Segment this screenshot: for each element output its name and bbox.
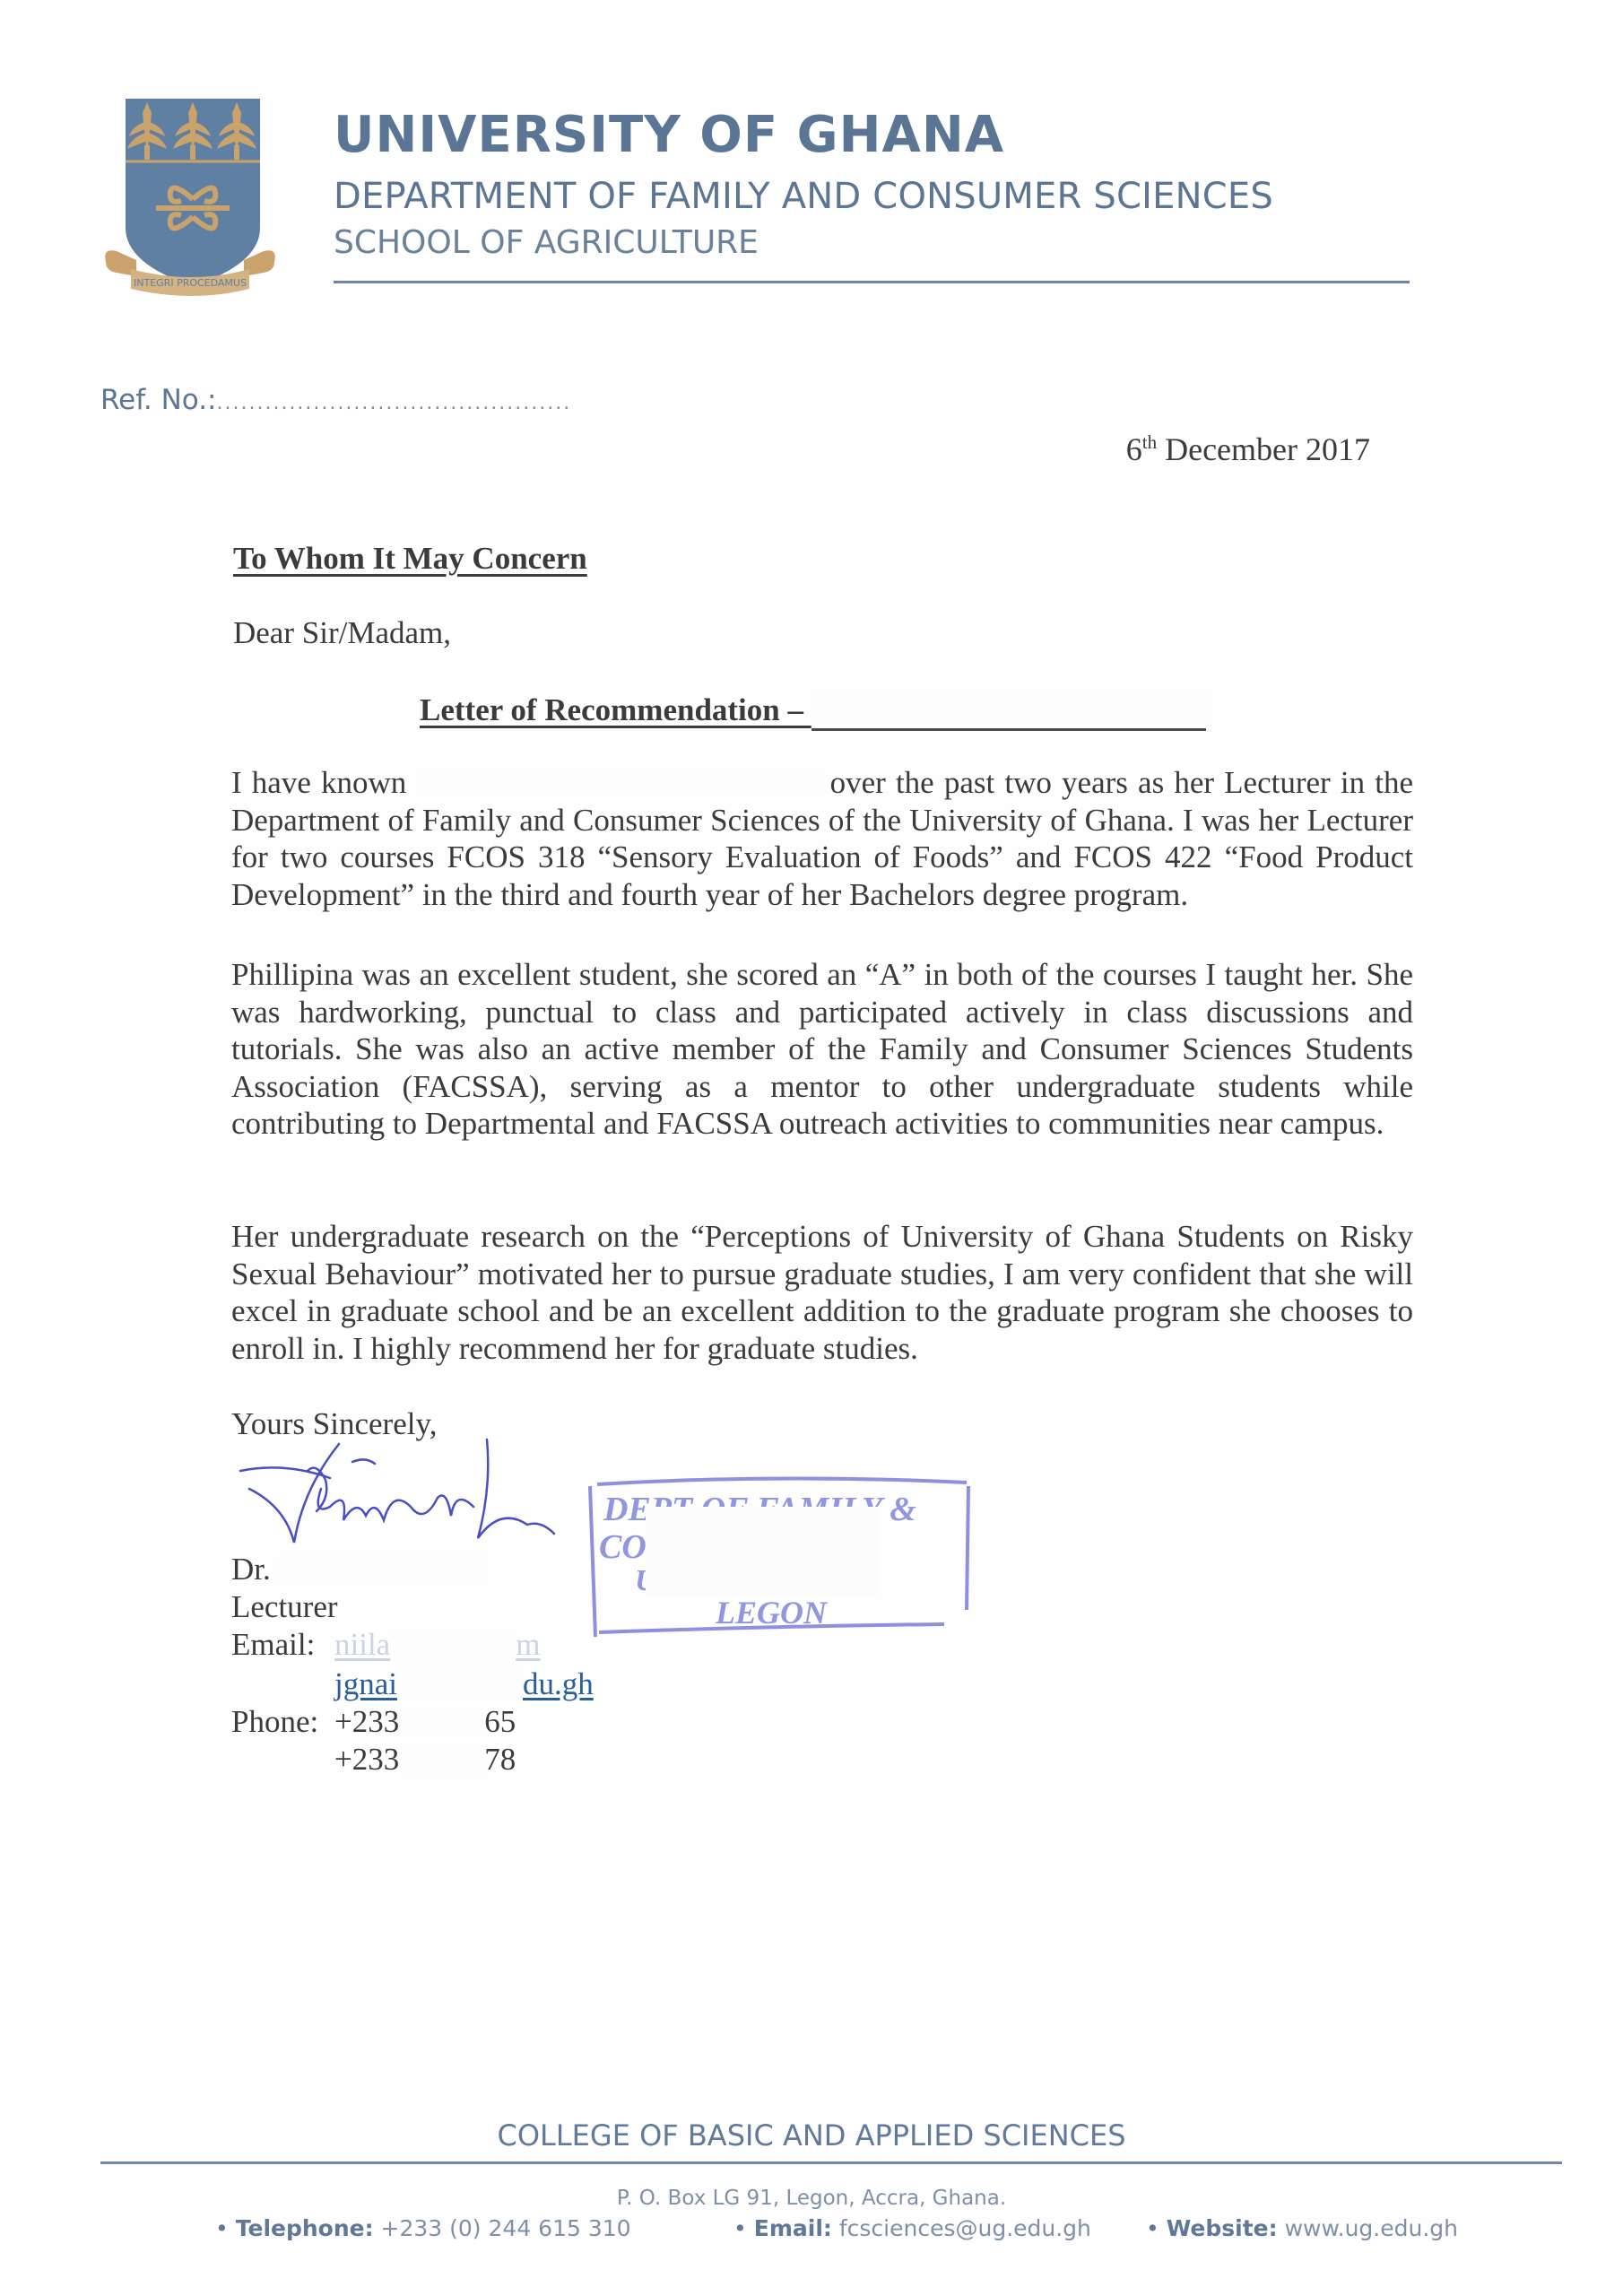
telephone-label: Telephone: bbox=[236, 2215, 374, 2241]
website-label: Website: bbox=[1167, 2215, 1278, 2241]
footer-email-value[interactable]: fcsciences@ug.edu.gh bbox=[832, 2215, 1091, 2241]
date-day: 6 bbox=[1126, 431, 1142, 467]
reference-number: Ref. No.:...............................… bbox=[100, 384, 571, 416]
signatory-phone-1: Phone:+23365 bbox=[231, 1704, 516, 1740]
email-1-link[interactable]: niilam bbox=[334, 1627, 540, 1662]
signatory-phone-2: +23378 bbox=[334, 1742, 516, 1778]
stamp-redaction bbox=[646, 1507, 879, 1595]
phone-1-start: +233 bbox=[334, 1704, 399, 1739]
paragraph-1-start: I have known bbox=[231, 765, 416, 800]
footer-divider bbox=[100, 2161, 1562, 2164]
redacted-signatory-name bbox=[279, 1556, 485, 1583]
paragraph-2: Phillipina was an excellent student, she… bbox=[231, 956, 1413, 1143]
addressee: To Whom It May Concern bbox=[233, 541, 587, 577]
ref-value: ........................................… bbox=[217, 392, 572, 414]
footer-email: •Email: fcsciences@ug.edu.gh bbox=[733, 2215, 1091, 2241]
paragraph-1: I have known over the past two years as … bbox=[231, 764, 1413, 913]
phone-1-end: 65 bbox=[484, 1704, 516, 1739]
telephone-value: +233 (0) 244 615 310 bbox=[374, 2215, 631, 2241]
name-prefix: Dr. bbox=[231, 1552, 279, 1587]
signatory-email-2: jgnaidu.gh bbox=[334, 1666, 594, 1702]
email-label: Email: bbox=[754, 2215, 832, 2241]
institution-name: UNIVERSITY OF GHANA bbox=[334, 106, 1004, 164]
bullet-icon: • bbox=[733, 2215, 747, 2241]
ref-label: Ref. No.: bbox=[100, 384, 217, 416]
signatory-email-1: Email:niilam bbox=[231, 1627, 540, 1663]
letter-page: INTEGRI PROCEDAMUS UNIVERSITY OF GHANA D… bbox=[0, 0, 1623, 2296]
greeting: Dear Sir/Madam, bbox=[233, 615, 451, 651]
footer-address: P. O. Box LG 91, Legon, Accra, Ghana. bbox=[0, 2187, 1623, 2210]
university-crest-icon: INTEGRI PROCEDAMUS bbox=[100, 93, 280, 300]
redacted-student-name-inline bbox=[416, 770, 820, 796]
redacted-phone-1 bbox=[399, 1709, 484, 1735]
signature-icon bbox=[231, 1435, 572, 1570]
signatory-name: Dr. bbox=[231, 1552, 485, 1587]
redacted-student-name bbox=[811, 692, 1206, 731]
footer-telephone: •Telephone: +233 (0) 244 615 310 bbox=[215, 2215, 631, 2241]
redacted-phone-2 bbox=[399, 1746, 484, 1773]
subject-prefix: Letter of Recommendation – bbox=[420, 692, 811, 727]
letter-date: 6th December 2017 bbox=[1126, 430, 1370, 468]
footer-website: •Website: www.ug.edu.gh bbox=[1146, 2215, 1458, 2241]
bullet-icon: • bbox=[1146, 2215, 1159, 2241]
department-name: DEPARTMENT OF FAMILY AND CONSUMER SCIENC… bbox=[334, 176, 1273, 217]
signatory-title: Lecturer bbox=[231, 1589, 338, 1625]
phone-2-start: +233 bbox=[334, 1742, 399, 1777]
phone-2-end: 78 bbox=[484, 1742, 516, 1777]
date-rest: December 2017 bbox=[1157, 431, 1370, 467]
bullet-icon: • bbox=[215, 2215, 229, 2241]
subject-line: Letter of Recommendation – bbox=[420, 692, 1206, 731]
header-divider bbox=[334, 281, 1410, 283]
date-suffix: th bbox=[1142, 431, 1157, 453]
email-2-link[interactable]: jgnaidu.gh bbox=[334, 1666, 594, 1701]
footer-college: COLLEGE OF BASIC AND APPLIED SCIENCES bbox=[0, 2118, 1623, 2152]
school-name: SCHOOL OF AGRICULTURE bbox=[334, 224, 759, 261]
svg-text:INTEGRI PROCEDAMUS: INTEGRI PROCEDAMUS bbox=[134, 277, 247, 289]
paragraph-3: Her undergraduate research on the “Perce… bbox=[231, 1218, 1413, 1367]
stamp-line-4: LEGON bbox=[715, 1595, 829, 1631]
footer-website-value[interactable]: www.ug.edu.gh bbox=[1278, 2215, 1458, 2241]
phone-label: Phone: bbox=[231, 1704, 334, 1740]
email-label: Email: bbox=[231, 1627, 334, 1663]
